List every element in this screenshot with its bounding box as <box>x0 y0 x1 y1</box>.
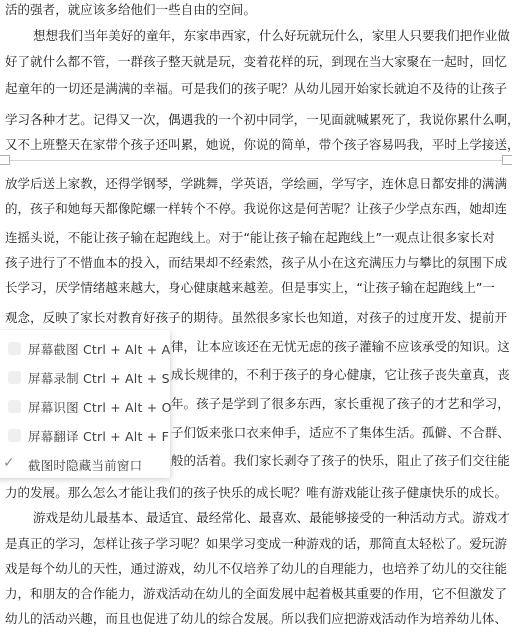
menu-item-screenshot[interactable]: 屏幕截图 Ctrl + Alt + A <box>0 334 170 363</box>
document-line: 戏是每个幼儿的天性，通过游戏，幼儿不仅培养了幼儿的自理能力，也培养了幼儿的交往能 <box>5 561 507 577</box>
menu-item-label: 截图时隐藏当前窗口 <box>28 456 142 474</box>
document-line: 又不上班整天在家带个孩子还叫累，她说，你说的简单，带个孩子容易吗我，平时上学接送… <box>5 137 512 153</box>
screen-record-icon <box>8 371 21 384</box>
page-boundary-line[interactable] <box>0 160 512 161</box>
document-line: 观念，反映了家长对教育好孩子的期待。虽然很多家长也知道，对孩子的过度开发、提前开 <box>5 310 507 326</box>
document-line: 般的活着。我们家长剥夺了孩子的快乐，阻止了孩子们交往能 <box>171 453 510 469</box>
document-line: 连摇头说，不能让孩子输在起跑线上。对于“能让孩子输在起跑线上”一观点让很多家长对 <box>5 230 495 246</box>
document-line: 力的发展。那么怎么才能让我们的孩子快乐的成长呢？唯有游戏能让孩子健康快乐的成长。 <box>5 485 507 501</box>
document-line: 是真正的学习，怎样让孩子学习呢？如果学习变成一种游戏的话，那简直太轻松了。爱玩游 <box>5 536 507 552</box>
menu-item-label: 屏幕翻译 Ctrl + Alt + F <box>28 427 169 445</box>
screenshot-icon <box>8 342 21 355</box>
page-corner-marker <box>0 155 10 165</box>
document-line: 的，孩子和她每天都像陀螺一样转个不停。我说你这是何苦呢？让孩子少学点东西，她却连 <box>5 201 507 217</box>
screen-capture-context-menu: 屏幕截图 Ctrl + Alt + A 屏幕录制 Ctrl + Alt + S … <box>0 330 170 478</box>
menu-item-label: 屏幕录制 Ctrl + Alt + S <box>28 369 170 387</box>
menu-item-screen-record[interactable]: 屏幕录制 Ctrl + Alt + S <box>0 363 170 392</box>
menu-item-screen-ocr[interactable]: 屏幕识图 Ctrl + Alt + O <box>0 392 170 421</box>
document-line: 活的强者，就应该多给他们一些自由的空间。 <box>5 2 256 18</box>
document-line: 幼儿的活动兴趣，而且也促进了幼儿的综合发展。所以我们应把游戏活动作为培养幼儿体、 <box>5 611 507 627</box>
document-window: 活的强者，就应该多给他们一些自由的空间。 想想我们当年美好的童年，东家串西家，什… <box>0 0 512 634</box>
document-line: 力，和朋友的合作能力，游戏活动在幼儿的全面发展中起着极其重要的作用，它不但激发了 <box>5 586 507 602</box>
document-line: 年。孩子是学到了很多东西，家长重视了孩子的才艺和学习， <box>171 396 510 412</box>
screen-translate-icon <box>8 429 21 442</box>
document-line: 放学后送上家教，还得学钢琴，学跳舞，学英语，学绘画，学写字，连休息日都安排的满满 <box>5 176 507 192</box>
checkmark-icon: ✓ <box>3 455 15 471</box>
screen-ocr-icon <box>8 400 21 413</box>
menu-item-hide-window-toggle[interactable]: ✓ 截图时隐藏当前窗口 <box>0 450 170 479</box>
menu-item-label: 屏幕截图 Ctrl + Alt + A <box>28 340 170 358</box>
document-line: 起童年的一切还是满满的幸福。可是我们的孩子呢？从幼儿园开始家长就迫不及待的让孩子 <box>5 81 507 97</box>
document-line: 子们饭来张口衣来伸手，适应不了集体生活。孤僻、不合群、 <box>171 425 510 441</box>
document-line: 想想我们当年美好的童年，东家串西家，什么好玩就玩什么，家里人只要我们把作业做 <box>33 28 510 44</box>
document-line: 学习各种才艺。记得又一次，偶遇我的一个初中同学，一见面就喊累死了，我说你累什么啊… <box>5 112 512 128</box>
document-line: 长学习，厌学情绪越来越大，身心健康越来越差。但是事实上，“让孩子输在起跑线上”一 <box>5 280 495 296</box>
menu-item-screen-translate[interactable]: 屏幕翻译 Ctrl + Alt + F <box>0 421 170 450</box>
menu-item-label: 屏幕识图 Ctrl + Alt + O <box>28 398 172 416</box>
document-line: 游戏是幼儿最基本、最适宜、最经常化、最喜欢、最能够接受的一种活动方式。游戏才 <box>33 510 510 526</box>
document-line: 好了就什么都不管，一群孩子整天就是玩，变着花样的玩，到现在当大家聚在一起时，回忆 <box>5 54 507 70</box>
page-corner-marker <box>502 155 512 165</box>
document-line: 孩子进行了不惜血本的投入，而结果却不经索然，孩子从小在这充满压力与攀比的氛围下成 <box>5 255 507 271</box>
document-line: 成长规律的，不利于孩子的身心健康，它让孩子丧失童真，丧 <box>171 367 510 383</box>
document-line: 律，让本应该还在无忧无虑的孩子灌输不应该承受的知识。这 <box>171 339 510 355</box>
